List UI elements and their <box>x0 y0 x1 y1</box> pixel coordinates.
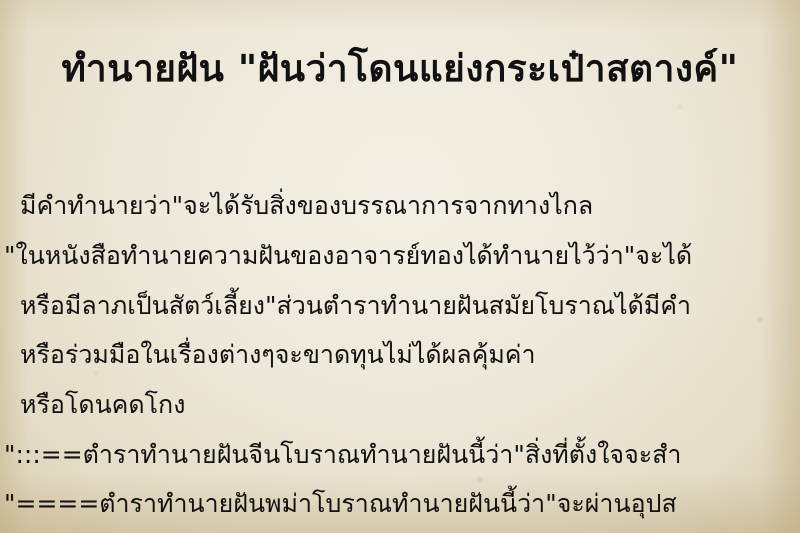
page-title: ทำนายฝัน "ฝันว่าโดนแย่งกระเป๋าสตางค์" <box>0 39 800 99</box>
interpretation-line-2: "ในหนังสือทำนายความฝันของอาจารย์ทองได้ทำ… <box>4 239 692 273</box>
interpretation-line-1: มีคำทำนายว่า"จะได้รับสิ่งของบรรณาการจากท… <box>20 189 593 223</box>
interpretation-line-3: หรือมีลาภเป็นสัตว์เลี้ยง"ส่วนตำราทำนายฝั… <box>20 289 691 323</box>
interpretation-line-5: หรือโดนคดโกง <box>20 388 185 422</box>
burmese-interpretation-line: "====ตำราทำนายฝันพม่าโบราณทำนายฝันนี้ว่า… <box>4 487 677 521</box>
interpretation-line-4: หรือร่วมมือในเรื่องต่างๆจะขาดทุนไม่ได้ผล… <box>20 338 536 372</box>
chinese-interpretation-line: ":::==ตำราทำนายฝันจีนโบราณทำนายฝันนี้ว่า… <box>4 438 681 472</box>
